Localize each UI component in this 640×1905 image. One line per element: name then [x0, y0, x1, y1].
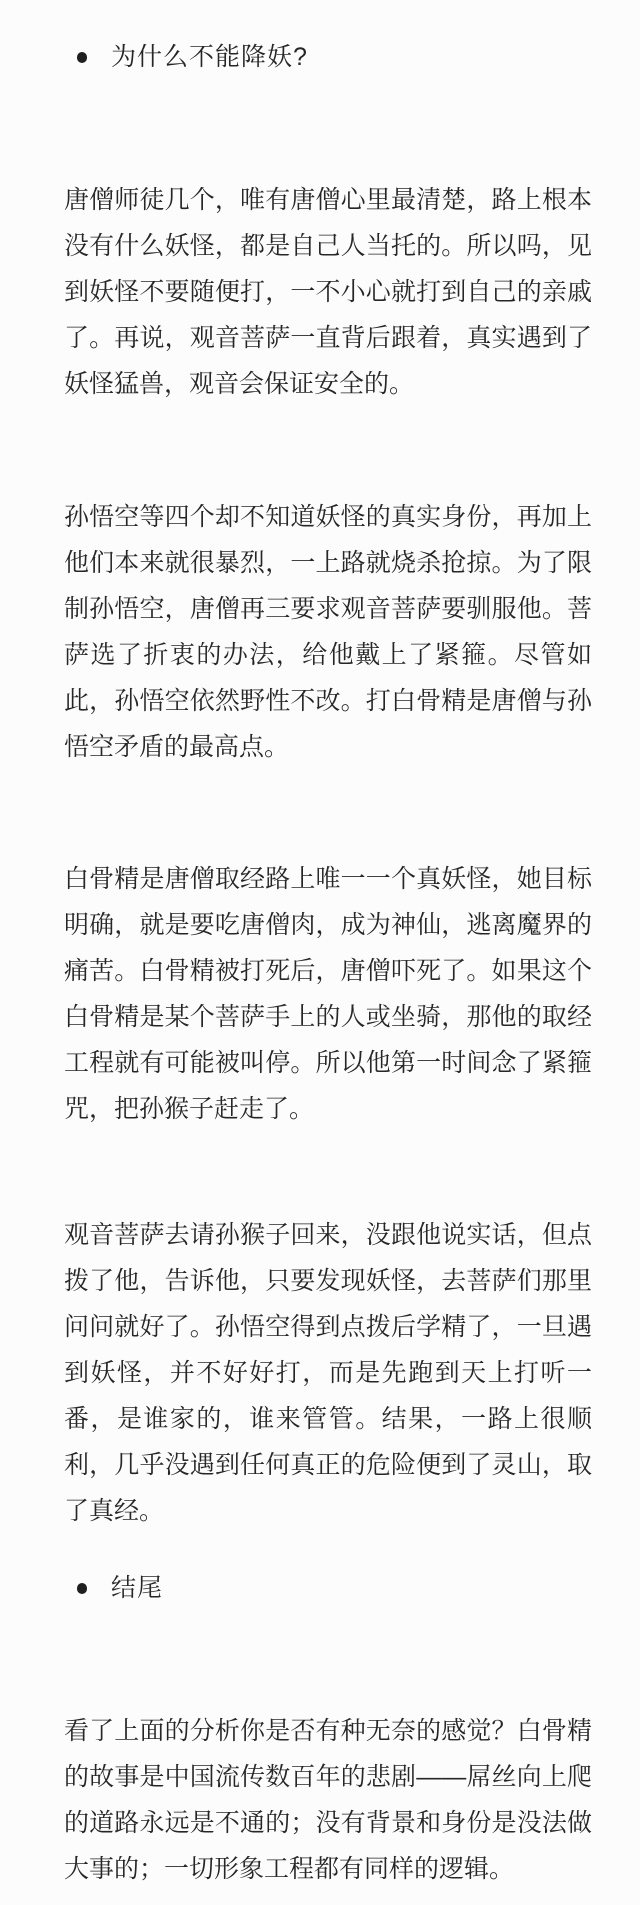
bullet-icon [77, 1583, 87, 1594]
bullet-icon [77, 52, 87, 63]
section-heading-ending: 结尾 [77, 1565, 163, 1611]
paragraph-white-bone-demon: 白骨精是唐僧取经路上唯一一个真妖怪，她目标明确，就是要吃唐僧肉，成为神仙，逃离魔… [64, 856, 592, 1132]
section-heading-label: 结尾 [111, 1565, 163, 1611]
paragraph-conclusion: 看了上面的分析你是否有种无奈的感觉？白骨精的故事是中国流传数百年的悲剧——屌丝向… [64, 1708, 592, 1892]
section-heading-why-no-demon-slaying: 为什么不能降妖? [77, 34, 308, 80]
paragraph-guanyin-advice: 观音菩萨去请孙猴子回来，没跟他说实话，但点拨了他，告诉他，只要发现妖怪，去菩萨们… [64, 1212, 592, 1534]
paragraph-tang-monk-knows: 唐僧师徒几个，唯有唐僧心里最清楚，路上根本没有什么妖怪，都是自己人当托的。所以吗… [64, 177, 592, 407]
article-page: 为什么不能降妖? 唐僧师徒几个，唯有唐僧心里最清楚，路上根本没有什么妖怪，都是自… [0, 0, 640, 1905]
paragraph-wukong-restrained: 孙悟空等四个却不知道妖怪的真实身份，再加上他们本来就很暴烈，一上路就烧杀抢掠。为… [64, 494, 592, 770]
section-heading-label: 为什么不能降妖? [111, 34, 308, 80]
